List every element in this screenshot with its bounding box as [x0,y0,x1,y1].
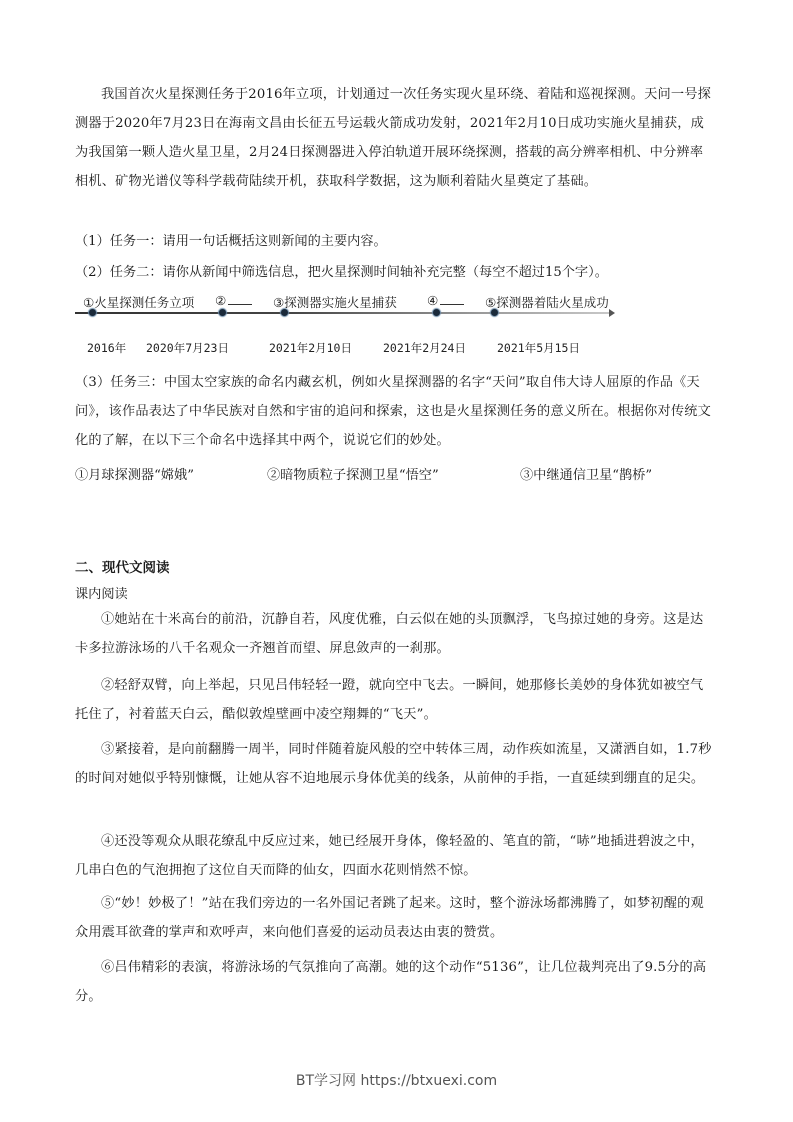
timeline-arrow-icon [609,309,615,317]
option-wukong: ②暗物质粒子探测卫星“悟空” [267,464,439,483]
reading-paragraph-4: ④还没等观众从眼花缭乱中反应过来，她已经展开身体，像轻盈的、笔直的箭，“哧”地插… [75,827,715,885]
option-queqiao: ③中继通信卫星“鹊桥” [520,464,652,483]
timeline-marker [219,309,226,316]
task-two-prompt: （2）任务二：请你从新闻中筛选信息，把火星探测时间轴补充完整（每空不超过15个字… [75,261,608,280]
reading-paragraph-6: ⑥吕伟精彩的表演，将游泳场的气氛推向了高潮。她的这个动作“5136”，让几位裁判… [75,953,715,1011]
document-page: 我国首次火星探测任务于2016年立项，计划通过一次任务实现火星环绕、着陆和巡视探… [0,0,793,1122]
reading-paragraph-3: ③紧接着，是向前翻腾一周半，同时伴随着旋风般的空中转体三周，动作疾如流星，又潇洒… [75,735,715,793]
timeline-event-2: ② [215,293,252,308]
timeline-event-3: ③探测器实施火星捕获 [273,293,397,311]
timeline-event-5: ⑤探测器着陆火星成功 [485,293,609,311]
timeline-blank-2[interactable] [228,294,252,305]
task-three-prompt: （3）任务三：中国太空家族的命名内藏玄机，例如火星探测器的名字“天问”取自伟大诗… [75,368,715,455]
timeline-date-2: 2020年7月23日 [146,340,229,356]
timeline-event-2-label: ② [215,293,226,308]
timeline-date-1: 2016年 [87,340,126,356]
timeline-date-4: 2021年2月24日 [383,340,466,356]
section-heading: 二、现代文阅读 [75,556,170,576]
reading-paragraph-2: ②轻舒双臂，向上举起，只见吕伟轻轻一蹬，就向空中飞去。一瞬间，她那修长美妙的身体… [75,671,715,729]
section-subheading: 课内阅读 [75,583,128,602]
reading-paragraph-5: ⑤“妙！妙极了！”站在我们旁边的一名外国记者跳了起来。这时，整个游泳场都沸腾了，… [75,889,715,947]
site-watermark: BT学习网 https://btxuexi.com [0,1070,793,1090]
reading-paragraph-1: ①她站在十米高台的前沿，沉静自若，风度优雅，白云似在她的头顶飘浮，飞鸟掠过她的身… [75,605,715,663]
timeline-marker [433,309,440,316]
option-change: ①月球探测器“嫦娥” [75,464,194,483]
timeline-axis [75,312,611,314]
timeline-event-4: ④ [427,293,464,308]
timeline-blank-4[interactable] [440,294,464,305]
timeline-date-3: 2021年2月10日 [269,340,352,356]
task-one-prompt: （1）任务一：请用一句话概括这则新闻的主要内容。 [75,230,387,249]
timeline-event-4-label: ④ [427,293,438,308]
timeline-date-5: 2021年5月15日 [497,340,580,356]
mars-exploration-timeline: ①火星探测任务立项 ② ③探测器实施火星捕获 ④ ⑤探测器着陆火星成功 2016… [75,290,620,360]
news-intro-paragraph: 我国首次火星探测任务于2016年立项，计划通过一次任务实现火星环绕、着陆和巡视探… [75,80,715,196]
timeline-event-1: ①火星探测任务立项 [83,293,194,311]
naming-options: ①月球探测器“嫦娥” ②暗物质粒子探测卫星“悟空” ③中继通信卫星“鹊桥” [75,464,715,488]
